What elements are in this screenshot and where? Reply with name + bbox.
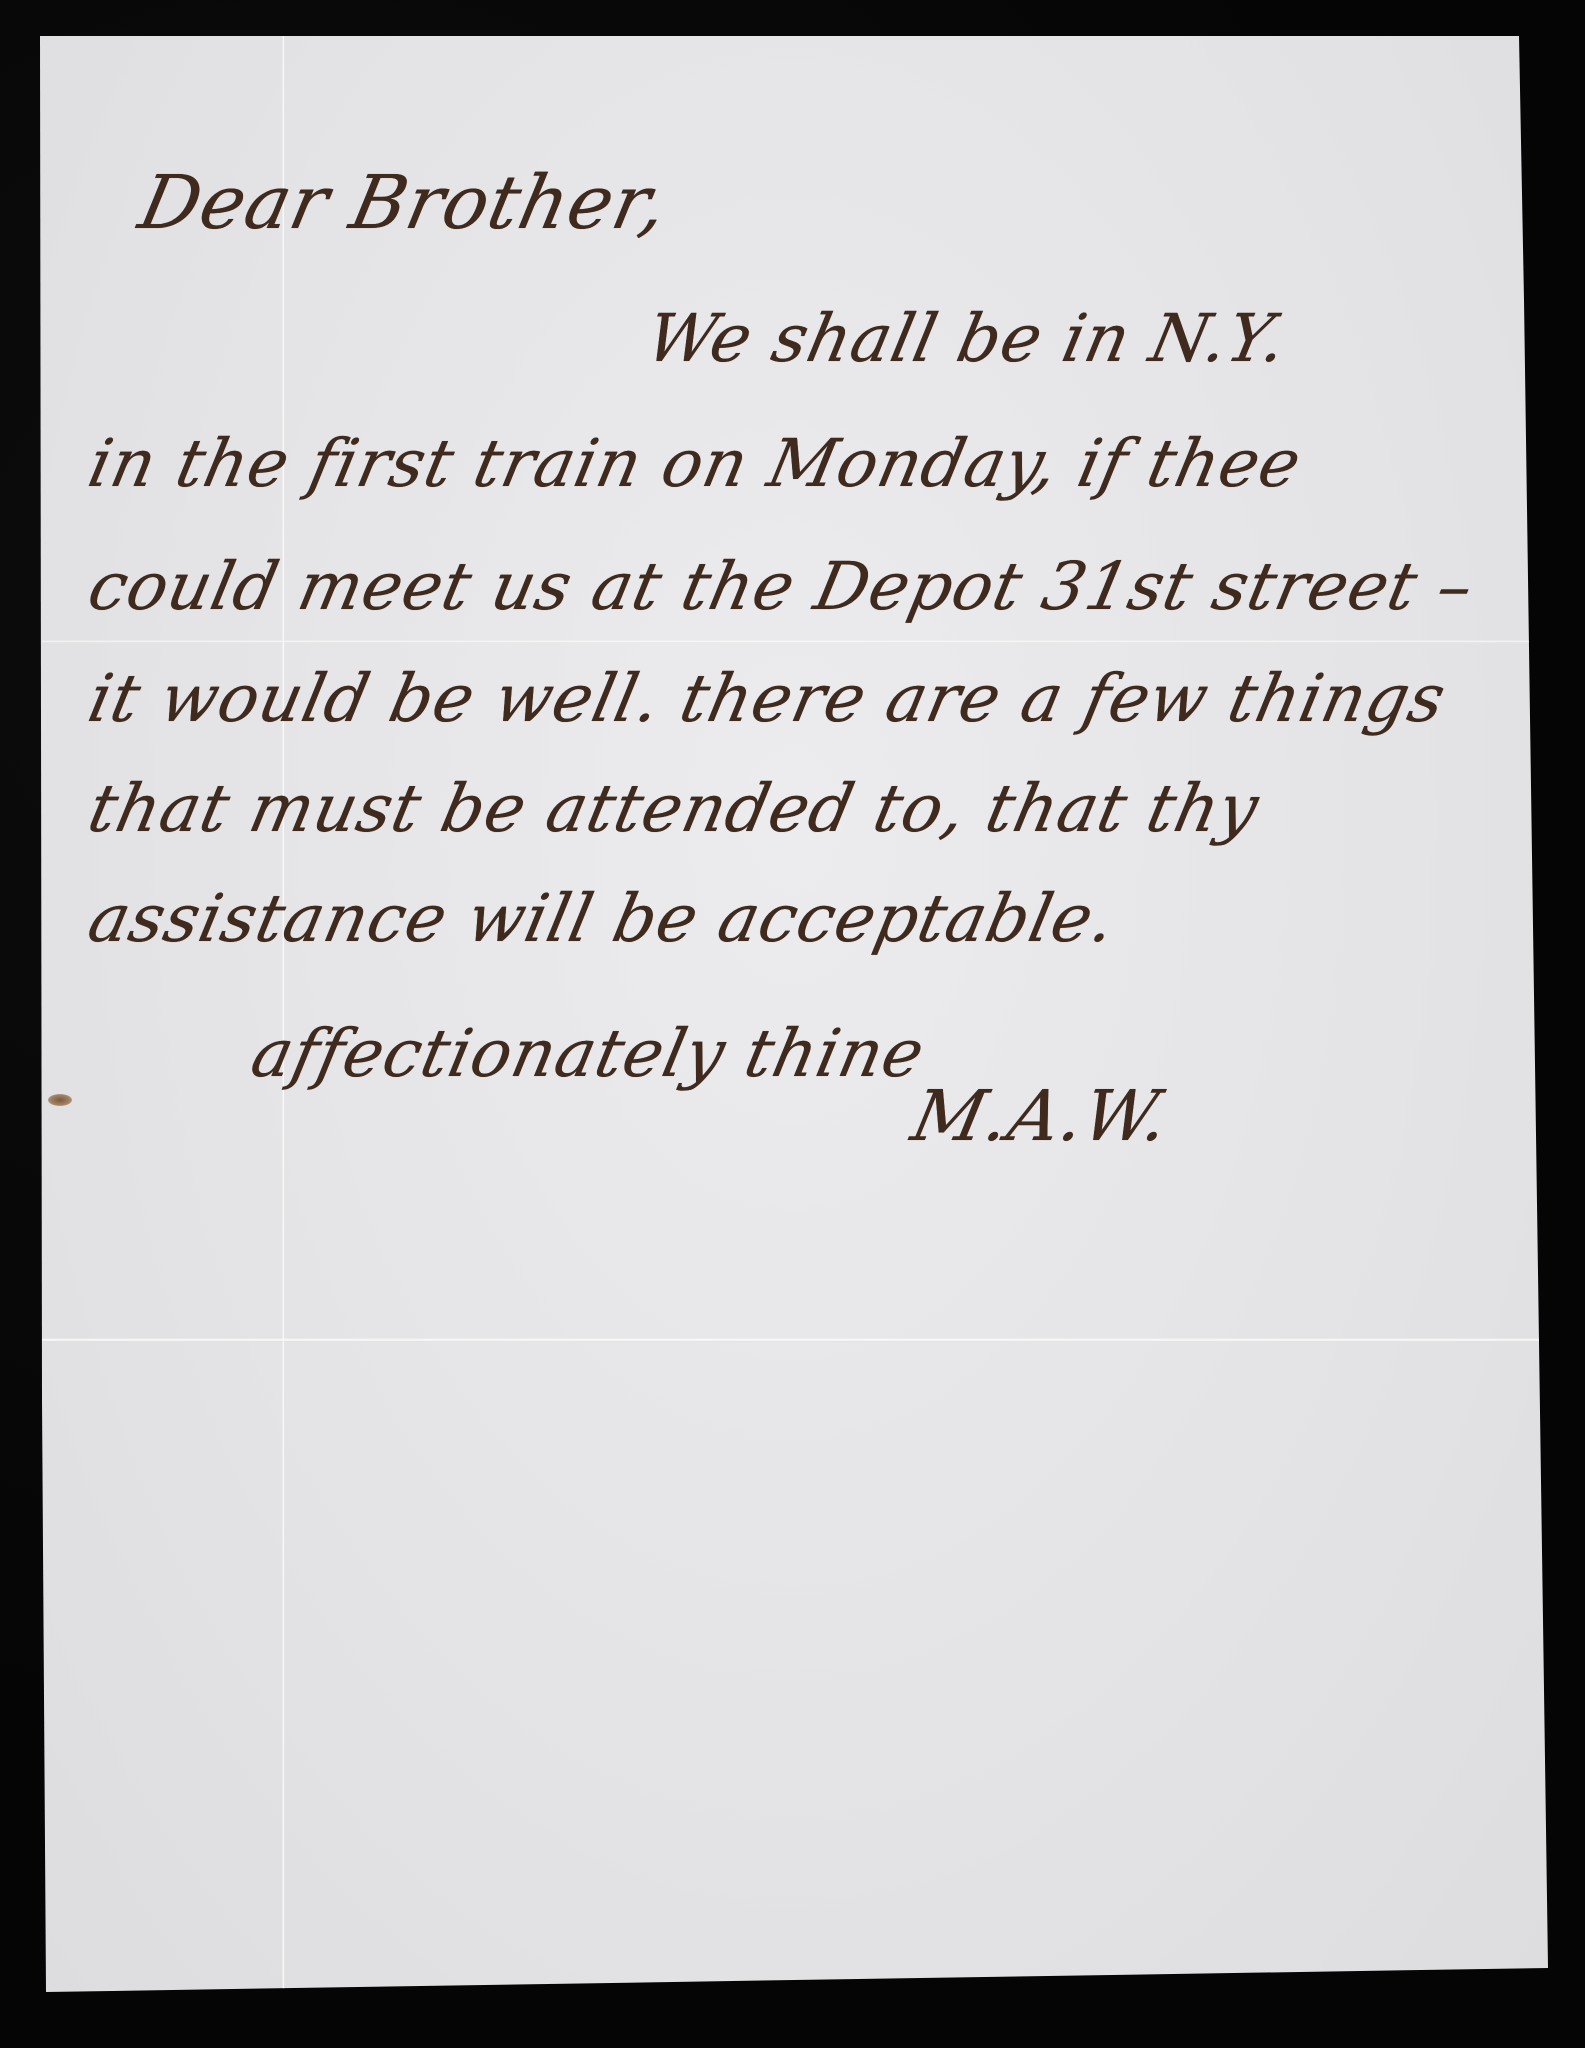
letter-body-line: could meet us at the Depot 31st street –: [82, 548, 1481, 625]
letter-signature: M.A.W.: [905, 1075, 1177, 1157]
horizontal-fold-crease-lower: [42, 1338, 1542, 1342]
letter-body-line: We shall be in N.Y.: [640, 300, 1294, 377]
letter-body-line: assistance will be acceptable.: [82, 880, 1123, 957]
letter-body-line: in the first train on Monday, if thee: [82, 425, 1308, 502]
letter-body-line: it would be well. there are a few things: [82, 660, 1453, 737]
ink-stain-mark: [48, 1094, 72, 1106]
letter-salutation: Dear Brother,: [132, 160, 676, 246]
letter-sheet: Dear Brother, We shall be in N.Y. in the…: [0, 0, 1585, 2048]
letter-body-line: that must be attended to, that thy: [82, 770, 1266, 847]
vertical-fold-crease: [282, 36, 285, 1992]
horizontal-fold-crease-upper: [42, 640, 1532, 643]
letter-closing: affectionately thine: [245, 1015, 931, 1092]
